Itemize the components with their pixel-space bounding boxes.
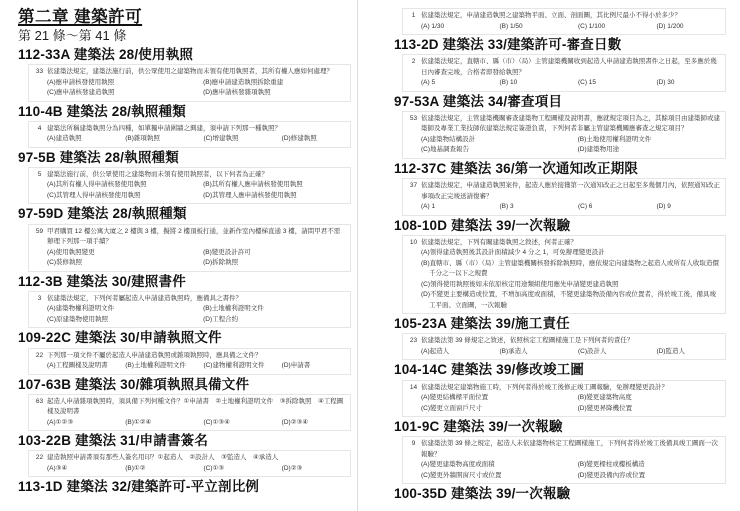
- section-heading: 105-23A 建築法 39/施工責任: [394, 316, 726, 332]
- question-text: 依建築法規定，申請建造執照之建築物平面、立面、剖面圖，其比例尺最小不得小於多少？: [421, 11, 720, 22]
- option-d: (D)②③: [282, 464, 345, 475]
- option-a: (A)建造執照: [47, 134, 125, 145]
- question-number: 2: [406, 57, 421, 68]
- question-number: 37: [406, 181, 421, 192]
- option-c: (C)裝修執照: [47, 258, 203, 269]
- right-page: 1 依建築法規定，申請建造執照之建築物平面、立面、剖面圖，其比例尺最小不得小於多…: [358, 0, 740, 511]
- question-text: 依建築法第 39 條規定之敘述，依照核定工程圖樣施工是下列何者的責任？: [421, 336, 720, 347]
- option-a: (A)變更結構樑平面位置: [421, 393, 578, 404]
- question-number: 9: [406, 439, 421, 450]
- option-b: (B)變更建築物高度: [578, 393, 720, 404]
- article-range: 第 21 條～第 41 條: [18, 28, 351, 45]
- question-number: 59: [32, 227, 47, 238]
- question-card: 10 依建築法規定，下列有關建築執照之敘述，何者正確？ (A)領得建造執照後其設…: [402, 235, 726, 315]
- option-c: (C)變更外牆開窗尺寸或位置: [421, 471, 578, 482]
- option-b: (B) 1/50: [499, 22, 577, 33]
- section: 105-23A 建築法 39/施工責任 23 依建築法第 39 條規定之敘述，依…: [394, 316, 726, 360]
- option-b: (B)雜項執照: [125, 134, 203, 145]
- option-a: (A)建築物結構設計: [421, 135, 578, 146]
- option-b: (B)①②: [125, 464, 203, 475]
- option-d: (D)應申請核發雜項執照: [203, 88, 345, 99]
- question-number: 22: [32, 351, 47, 362]
- question-card: 3 依建築法規定，下列何者屬起造人申請建造執照時，應備具之書件？ (A)建築物權…: [28, 291, 351, 329]
- option-a: (A)工程圖樣及說明書: [47, 361, 125, 372]
- question-card: 22 下列那一項文件不屬於起造人申請建造執照或雜項執照時，應具備之文件？ (A)…: [28, 348, 351, 375]
- section-heading: 113-2D 建築法 33/建築許可-審查日數: [394, 37, 726, 53]
- question-number: 4: [32, 124, 47, 135]
- question-card: 9 依建築法第 39 條之規定，起造人未依建築物核定工程圖樣施工，下列何者得於竣…: [402, 436, 726, 484]
- section: 109-22C 建築法 30/申請執照文件 22 下列那一項文件不屬於起造人申請…: [18, 330, 351, 374]
- option-d: (D)其管理人應申請核發使用執照: [203, 191, 345, 202]
- option-a: (A) 5: [421, 78, 499, 89]
- section-heading: 113-1D 建築法 32/建築許可-平立剖比例: [18, 479, 351, 495]
- option-a: (A)③④: [47, 464, 125, 475]
- option-d: (D)監造人: [656, 347, 720, 358]
- option-d: (D)變更設備內容或位置: [578, 471, 720, 482]
- section-heading: 110-4B 建築法 28/執照種類: [18, 104, 351, 120]
- question-card: 2 依建築法規定，直轄市、縣（市）（局）主管建築機關收到起造人申請建造執照書件之…: [402, 54, 726, 92]
- option-b: (B)土地權利證明文件: [125, 361, 203, 372]
- option-c: (C)原建築物使用執照: [47, 315, 203, 326]
- option-a: (A)使用執照變更: [47, 248, 203, 259]
- option-a: (A) 1: [421, 202, 499, 213]
- question-card: 22 建造執照申請書須有那些人簽名用印？①起造人 ②設計人 ③監造人 ④承造人 …: [28, 450, 351, 477]
- question-text: 建造執照申請書須有那些人簽名用印？①起造人 ②設計人 ③監造人 ④承造人: [47, 453, 345, 464]
- question-text: 依建築法規定，建築法施行前，供公眾使用之建築物而未領有使用執照者，其所有權人應如…: [47, 67, 345, 78]
- option-c: (C)①③④: [203, 418, 281, 429]
- option-c: (C)領得使用執照後如未依原核定用途類組使用應先申請變更建造執照: [421, 280, 720, 291]
- section: 1 依建築法規定，申請建造執照之建築物平面、立面、剖面圖，其比例尺最小不得小於多…: [394, 8, 726, 35]
- question-card: 14 依建築法規定建築物施工時，下列何者得於竣工後修正竣工圖報驗，免辦理變更設計…: [402, 380, 726, 418]
- section: 113-2D 建築法 33/建築許可-審查日數 2 依建築法規定，直轄市、縣（市…: [394, 37, 726, 92]
- option-b: (B) 3: [499, 202, 577, 213]
- option-d: (D)不變更主要構造或位置，不增加高度或面積，不變更建築物設備內容或位置者，得於…: [421, 290, 720, 311]
- option-d: (D)建築物用途: [578, 145, 720, 156]
- option-a: (A)應申請核發使用執照: [47, 78, 203, 89]
- option-c: (C)其管理人得申請核發使用執照: [47, 191, 203, 202]
- section: 97-5B 建築法 28/執照種類 5 建築法施行前，供公眾使用之建築物而未領有…: [18, 150, 351, 205]
- section: 103-22B 建築法 31/申請書簽名 22 建造執照申請書須有那些人簽名用印…: [18, 433, 351, 477]
- section: 97-59D 建築法 28/執照種類 59 甲君購買 12 樓公寓大廈之 2 樓…: [18, 206, 351, 271]
- question-number: 1: [406, 11, 421, 22]
- question-text: 甲君購買 12 樓公寓大廈之 2 樓與 3 樓，擬將 2 樓頂板打通，並新作室內…: [47, 227, 345, 248]
- left-page: 第二章 建築許可 第 21 條～第 41 條 112-33A 建築法 28/使用…: [0, 0, 357, 511]
- question-text: 依建築法規定，下列何者屬起造人申請建造執照時，應備具之書件？: [47, 294, 345, 305]
- section-heading: 104-14C 建築法 39/修改竣工圖: [394, 362, 726, 378]
- question-text: 依建築法規定，直轄市、縣（市）（局）主管建築機關收到起造人申請建造執照書件之日起…: [421, 57, 720, 78]
- section-heading: 112-37C 建築法 36/第一次通知改正期限: [394, 161, 726, 177]
- option-d: (D)工程合約: [203, 315, 345, 326]
- section-heading: 112-33A 建築法 28/使用執照: [18, 47, 351, 63]
- question-card: 63 起造人申請雜項執照時，須具備下列何種文件？①申請書 ②土地權利證明文件 ③…: [28, 394, 351, 432]
- question-number: 63: [32, 397, 47, 408]
- option-a: (A)其所有權人得申請核發使用執照: [47, 180, 203, 191]
- question-card: 53 依建築法規定，主管建築機關審查建築物工程圖樣及說明書，應就規定項目為之，其…: [402, 111, 726, 159]
- option-b: (B)土地權利證明文件: [203, 304, 345, 315]
- question-card: 23 依建築法第 39 條規定之敘述，依照核定工程圖樣施工是下列何者的責任？ (…: [402, 333, 726, 360]
- section: 100-35D 建築法 39/一次報驗: [394, 486, 726, 502]
- section: 104-14C 建築法 39/修改竣工圖 14 依建築法規定建築物施工時，下列何…: [394, 362, 726, 417]
- option-b: (B)直轄市、縣（市）（局）主管建築機關核發拆除執照時，應依規定向建築物之起造人…: [421, 259, 720, 280]
- option-c: (C)地基調查報告: [421, 145, 578, 156]
- section-heading: 101-9C 建築法 39/一次報驗: [394, 419, 726, 435]
- section: 110-4B 建築法 28/執照種類 4 建築法所稱建築執照分為四種，如單獨申請…: [18, 104, 351, 148]
- option-c: (C)建物權利證明文件: [203, 361, 281, 372]
- option-b: (B)土地使用權利證明文件: [578, 135, 720, 146]
- question-text: 依建築法規定，下列有關建築執照之敘述，何者正確？: [421, 238, 720, 249]
- option-d: (D) 1/200: [656, 22, 720, 33]
- option-d: (D) 30: [656, 78, 720, 89]
- question-text: 依建築法規定，申請建造執照案件，起造人應於接獲第一次通知改正之日起至多幾個月內，…: [421, 181, 720, 202]
- question-text: 建築法施行前，供公眾使用之建築物而未領有使用執照者，以下何者為正確？: [47, 170, 345, 181]
- section: 101-9C 建築法 39/一次報驗 9 依建築法第 39 條之規定，起造人未依…: [394, 419, 726, 484]
- option-d: (D)變更昇降機位置: [578, 404, 720, 415]
- question-card: 4 建築法所稱建築執照分為四種，如單獨申請圍牆之興建，須申請下列那一種執照？ (…: [28, 121, 351, 148]
- section: 112-37C 建築法 36/第一次通知改正期限 37 依建築法規定，申請建造執…: [394, 161, 726, 216]
- option-b: (B)承造人: [499, 347, 577, 358]
- option-c: (C)①③: [203, 464, 281, 475]
- section-heading: 97-53A 建築法 34/審查項目: [394, 94, 726, 110]
- chapter-title: 第二章 建築許可: [18, 8, 142, 27]
- option-b: (B) 10: [499, 78, 577, 89]
- section: 108-10D 建築法 39/一次報驗 10 依建築法規定，下列有關建築執照之敘…: [394, 218, 726, 315]
- option-d: (D)②③④: [282, 418, 345, 429]
- option-a: (A)起造人: [421, 347, 499, 358]
- question-text: 下列那一項文件不屬於起造人申請建造執照或雜項執照時，應具備之文件？: [47, 351, 345, 362]
- option-d: (D)修建執照: [282, 134, 345, 145]
- question-text: 依建築法規定，主管建築機關審查建築物工程圖樣及說明書，應就規定項目為之，其餘項目…: [421, 114, 720, 135]
- option-d: (D)拆除執照: [203, 258, 345, 269]
- option-b: (B)變更設計許可: [203, 248, 345, 259]
- question-card: 5 建築法施行前，供公眾使用之建築物而未領有使用執照者，以下何者為正確？ (A)…: [28, 167, 351, 205]
- option-c: (C)設計人: [578, 347, 656, 358]
- option-c: (C) 6: [578, 202, 656, 213]
- question-number: 22: [32, 453, 47, 464]
- question-number: 5: [32, 170, 47, 181]
- section-heading: 97-5B 建築法 28/執照種類: [18, 150, 351, 166]
- question-card: 33 依建築法規定，建築法施行前，供公眾使用之建築物而未領有使用執照者，其所有權…: [28, 64, 351, 102]
- section-heading: 97-59D 建築法 28/執照種類: [18, 206, 351, 222]
- option-b: (B)①②④: [125, 418, 203, 429]
- option-d: (D)申請書: [282, 361, 345, 372]
- section: 97-53A 建築法 34/審查項目 53 依建築法規定，主管建築機關審查建築物…: [394, 94, 726, 159]
- question-text: 依建築法規定建築物施工時，下列何者得於竣工後修正竣工圖報驗，免辦理變更設計？: [421, 383, 720, 394]
- option-b: (B)應申請建造執照拆除重建: [203, 78, 345, 89]
- option-c: (C)增建執照: [203, 134, 281, 145]
- section: 112-33A 建築法 28/使用執照 33 依建築法規定，建築法施行前，供公眾…: [18, 47, 351, 102]
- option-c: (C) 15: [578, 78, 656, 89]
- question-number: 53: [406, 114, 421, 125]
- question-number: 10: [406, 238, 421, 249]
- option-a: (A) 1/30: [421, 22, 499, 33]
- option-c: (C)變更立面窗戶尺寸: [421, 404, 578, 415]
- question-text: 起造人申請雜項執照時，須具備下列何種文件？①申請書 ②土地權利證明文件 ③拆除執…: [47, 397, 345, 418]
- option-b: (B)變更樑柱或樓板構造: [578, 460, 720, 471]
- question-number: 23: [406, 336, 421, 347]
- section-heading: 100-35D 建築法 39/一次報驗: [394, 486, 726, 502]
- option-a: (A)變更建築物高度或面積: [421, 460, 578, 471]
- section: 113-1D 建築法 32/建築許可-平立剖比例: [18, 479, 351, 495]
- section-heading: 107-63B 建築法 30/雜項執照具備文件: [18, 377, 351, 393]
- option-b: (B)其所有權人應申請核發使用執照: [203, 180, 345, 191]
- question-number: 14: [406, 383, 421, 394]
- question-number: 3: [32, 294, 47, 305]
- option-c: (C)應申請核發建造執照: [47, 88, 203, 99]
- question-card: 59 甲君購買 12 樓公寓大廈之 2 樓與 3 樓，擬將 2 樓頂板打通，並新…: [28, 224, 351, 272]
- option-d: (D) 9: [656, 202, 720, 213]
- section: 112-3B 建築法 30/建照書件 3 依建築法規定，下列何者屬起造人申請建造…: [18, 274, 351, 329]
- option-a: (A)建築物權利證明文件: [47, 304, 203, 315]
- question-text: 建築法所稱建築執照分為四種，如單獨申請圍牆之興建，須申請下列那一種執照？: [47, 124, 345, 135]
- question-card: 37 依建築法規定，申請建造執照案件，起造人應於接獲第一次通知改正之日起至多幾個…: [402, 178, 726, 216]
- option-a: (A)領得建造執照後其設計面積減少 4 分之 1，可免辦理變更設計: [421, 248, 720, 259]
- section-heading: 112-3B 建築法 30/建照書件: [18, 274, 351, 290]
- question-text: 依建築法第 39 條之規定，起造人未依建築物核定工程圖樣施工，下列何者得於竣工後…: [421, 439, 720, 460]
- section-heading: 108-10D 建築法 39/一次報驗: [394, 218, 726, 234]
- section-heading: 109-22C 建築法 30/申請執照文件: [18, 330, 351, 346]
- question-number: 33: [32, 67, 47, 78]
- question-card: 1 依建築法規定，申請建造執照之建築物平面、立面、剖面圖，其比例尺最小不得小於多…: [402, 8, 726, 35]
- section-heading: 103-22B 建築法 31/申請書簽名: [18, 433, 351, 449]
- option-c: (C) 1/100: [578, 22, 656, 33]
- option-a: (A)①②③: [47, 418, 125, 429]
- section: 107-63B 建築法 30/雜項執照具備文件 63 起造人申請雜項執照時，須具…: [18, 377, 351, 432]
